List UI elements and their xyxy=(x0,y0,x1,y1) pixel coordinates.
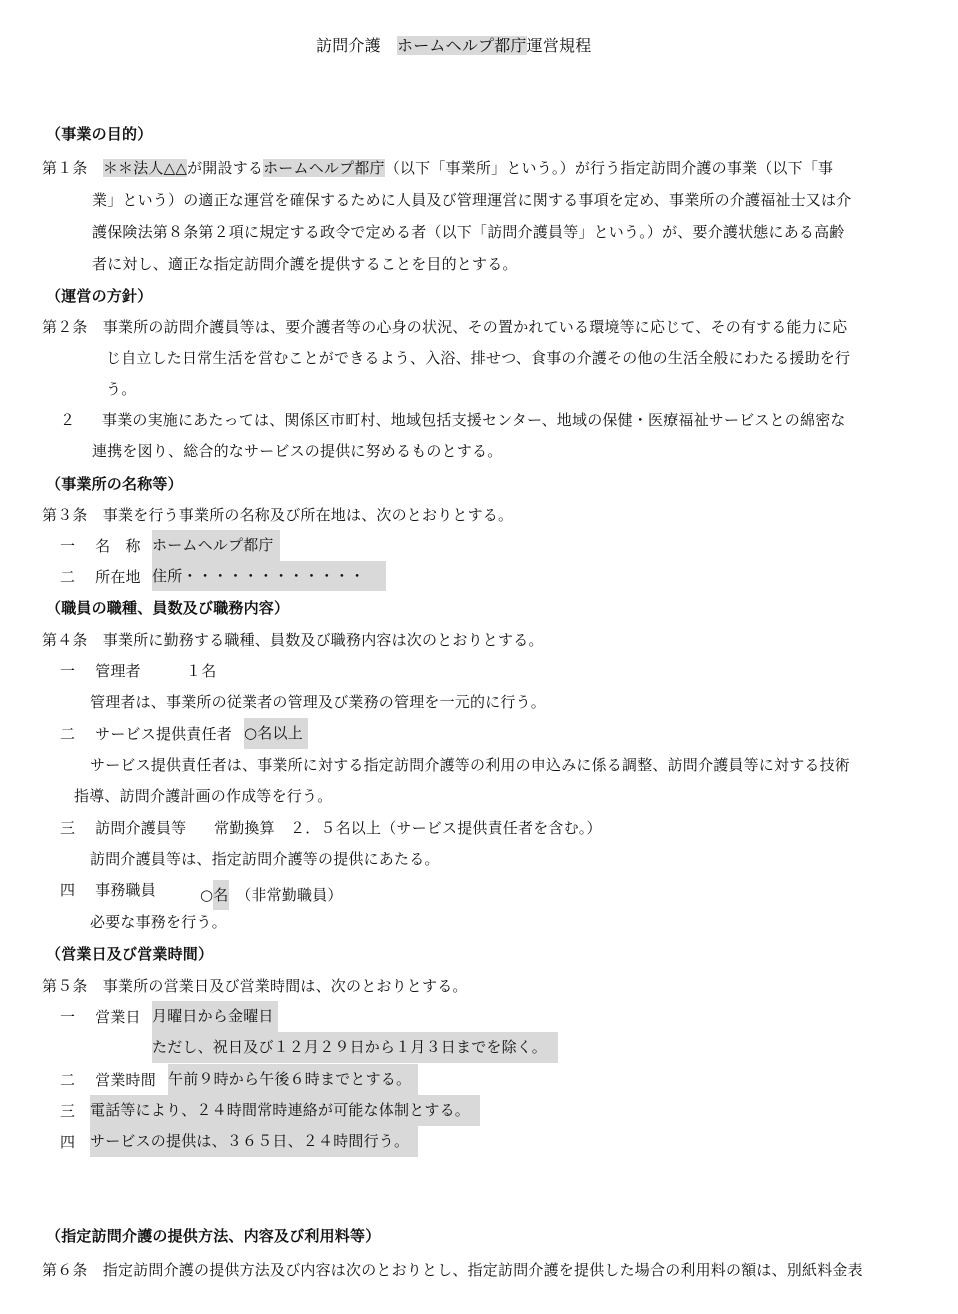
item-label: 事務職員 xyxy=(95,881,156,899)
item-label: 訪問介護員等 xyxy=(95,819,186,837)
document-title: 訪問介護 ホームヘルプ都庁運営規程 xyxy=(316,36,591,56)
count-prefix: ○ xyxy=(200,886,213,904)
article2-line3: う。 xyxy=(106,379,136,399)
article5-item4-value: サービスの提供は、３６５日、２４時間行う。 xyxy=(90,1126,418,1157)
article4-item1-count: １名 xyxy=(186,661,216,681)
article4-heading: （職員の職種、員数及び職務内容） xyxy=(46,598,289,618)
article4-item3-desc: 訪問介護員等は、指定訪問介護等の提供にあたる。 xyxy=(90,849,440,869)
article3-item-address: 二 所在地 xyxy=(60,567,141,587)
article1-line3: 護保険法第８条第２項に規定する政令で定める者（以下「訪問介護員等」という。）が、… xyxy=(92,222,845,242)
article1-line4: 者に対し、適正な指定訪問介護を提供することを目的とする。 xyxy=(92,254,518,274)
article5-item3-num: 三 xyxy=(60,1101,75,1121)
item-number: 四 xyxy=(60,881,75,899)
article1-line1: 第１条 ＊＊法人△△が開設するホームヘルプ都庁（以下「事業所」という。）が行う指… xyxy=(42,158,833,178)
article1-label: 第１条 xyxy=(42,159,103,177)
item-label: 管理者 xyxy=(95,662,141,680)
article4-item2-desc1: サービス提供責任者は、事業所に対する指定訪問介護等の利用の申込みに係る調整、訪問… xyxy=(90,755,850,775)
article1-text: が開設する xyxy=(187,159,263,177)
item-label: 営業時間 xyxy=(95,1071,156,1089)
article4-item4-count: ○名 （非常勤職員） xyxy=(200,880,343,910)
article4-item2-count: ○名以上 xyxy=(244,718,308,749)
article4-item3-count: 常勤換算 ２．５名以上（サービス提供責任者を含む。） xyxy=(214,818,602,838)
item-number: 二 xyxy=(60,1071,75,1089)
article6-line1: 第６条 指定訪問介護の提供方法及び内容は次のとおりとし、指定訪問介護を提供した場… xyxy=(42,1260,863,1280)
item-number: 一 xyxy=(60,537,75,555)
item-number: 二 xyxy=(60,568,75,586)
article5-heading: （営業日及び営業時間） xyxy=(46,944,213,964)
article5-item4-num: 四 xyxy=(60,1132,75,1152)
item-number: 二 xyxy=(60,725,75,743)
article3-heading: （事業所の名称等） xyxy=(46,474,183,494)
article1-heading: （事業の目的） xyxy=(46,124,152,144)
article4-line1: 第４条 事業所に勤務する職種、員数及び職務内容は次のとおりとする。 xyxy=(42,630,544,650)
corporation-name: ＊＊法人△△ xyxy=(103,159,187,177)
business-hours-value: 午前９時から午後６時までとする。 xyxy=(168,1064,418,1095)
item-number: 三 xyxy=(60,819,75,837)
article5-item3-value: 電話等により、２４時間常時連絡が可能な体制とする。 xyxy=(90,1095,480,1126)
article2-line2: じ自立した日常生活を営むことができるよう、入浴、排せつ、食事の介護その他の生活全… xyxy=(106,348,850,368)
article3-line1: 第３条 事業を行う事業所の名称及び所在地は、次のとおりとする。 xyxy=(42,505,513,525)
article4-item1-desc: 管理者は、事業所の従業者の管理及び業務の管理を一元的に行う。 xyxy=(90,692,546,712)
article3-item-name: 一 名 称 xyxy=(60,536,141,556)
article2-para2-line1: 事業の実施にあたっては、関係区市町村、地域包括支援センター、地域の保健・医療福祉… xyxy=(102,410,846,430)
count-note: （非常勤職員） xyxy=(229,886,343,904)
title-suffix: 運営規程 xyxy=(527,36,592,55)
article5-item2: 二 営業時間 xyxy=(60,1070,156,1090)
article4-item1: 一 管理者 xyxy=(60,661,141,681)
office-name-value: ホームヘルプ都庁 xyxy=(152,530,280,561)
item-label: 所在地 xyxy=(95,568,141,586)
article6-heading: （指定訪問介護の提供方法、内容及び利用料等） xyxy=(46,1226,380,1246)
article4-item4: 四 事務職員 xyxy=(60,880,156,900)
item-label: サービス提供責任者 xyxy=(95,725,232,743)
article1-text: （以下「事業所」という。）が行う指定訪問介護の事業（以下「事 xyxy=(385,159,834,177)
office-name: ホームヘルプ都庁 xyxy=(263,159,385,177)
office-address-value: 住所・・・・・・・・・・・・ xyxy=(152,561,386,591)
article4-item4-desc: 必要な事務を行う。 xyxy=(90,912,227,932)
title-prefix: 訪問介護 xyxy=(316,36,397,55)
item-label: 営業日 xyxy=(95,1008,141,1026)
count-highlight: 名 xyxy=(213,880,228,910)
item-number: 一 xyxy=(60,1008,75,1026)
article2-heading: （運営の方針） xyxy=(46,286,152,306)
article4-item3: 三 訪問介護員等 xyxy=(60,818,186,838)
article2-para2-line2: 連携を図り、総合的なサービスの提供に努めるものとする。 xyxy=(92,441,502,461)
article2-para2-num: ２ xyxy=(60,410,75,430)
article2-line1: 第２条 事業所の訪問介護員等は、要介護者等の心身の状況、その置かれている環境等に… xyxy=(42,317,847,337)
article4-item2-desc2: 指導、訪問介護計画の作成等を行う。 xyxy=(74,786,332,806)
item-label: 名 称 xyxy=(95,537,141,555)
article1-line2: 業」という）の適正な運営を確保するために人員及び管理運営に関する事項を定め、事業… xyxy=(92,190,851,210)
item-number: 一 xyxy=(60,662,75,680)
article4-item2: 二 サービス提供責任者 xyxy=(60,724,232,744)
article5-line1: 第５条 事業所の営業日及び営業時間は、次のとおりとする。 xyxy=(42,976,468,996)
business-days-note: ただし、祝日及び１２月２９日から１月３日までを除く。 xyxy=(152,1032,558,1063)
title-office-name: ホームヘルプ都庁 xyxy=(397,36,527,55)
article5-item1: 一 営業日 xyxy=(60,1007,141,1027)
business-days-value: 月曜日から金曜日 xyxy=(152,1001,278,1032)
